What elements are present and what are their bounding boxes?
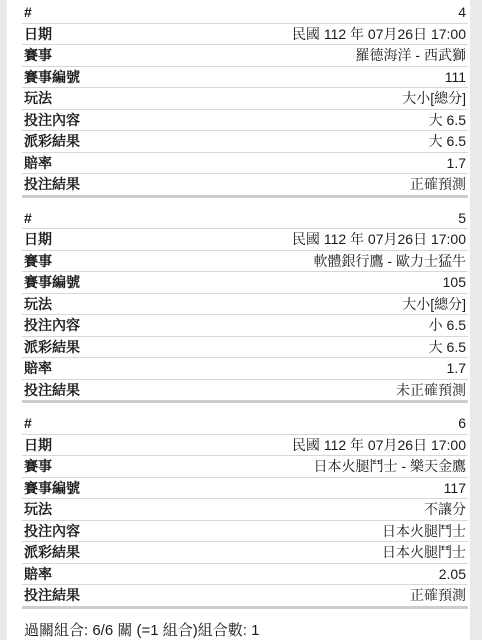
field-value-match-id: 117 [444,478,466,499]
field-value-match-id: 105 [443,272,466,293]
field-value-odds: 2.05 [439,564,466,585]
field-label-bet-result: 投注結果 [24,585,80,606]
row-odds: 賠率 1.7 [22,358,468,380]
field-value-number: 4 [458,2,466,23]
field-value-bet-result: 正確預測 [410,174,466,195]
field-label-play-type: 玩法 [24,294,52,315]
field-label-number: # [24,208,32,229]
row-match: 賽事 日本火腿鬥士 - 樂天金鷹 [22,456,468,478]
field-value-bet-content: 大 6.5 [429,110,466,131]
bet-record-4: # 4 日期 民國 112 年 07月26日 17:00 賽事 羅德海洋 - 西… [22,2,468,198]
field-value-number: 5 [458,208,466,229]
field-label-match-id: 賽事編號 [24,478,80,499]
row-number: # 5 [22,208,468,230]
field-label-match: 賽事 [24,251,52,272]
field-label-payout-result: 派彩結果 [24,542,80,563]
field-value-date: 民國 112 年 07月26日 17:00 [292,229,466,250]
row-play-type: 玩法 大小[總分] [22,88,468,110]
row-bet-result: 投注結果 未正確預測 [22,380,468,404]
parlay-summary: 過關組合: 6/6 關 (=1 組合)組合數: 1 [24,619,470,640]
field-value-bet-result: 正確預測 [410,585,466,606]
row-bet-result: 投注結果 正確預測 [22,585,468,609]
row-payout-result: 派彩結果 大 6.5 [22,131,468,153]
field-value-date: 民國 112 年 07月26日 17:00 [292,435,466,456]
row-date: 日期 民國 112 年 07月26日 17:00 [22,435,468,457]
field-value-match-id: 111 [445,67,466,88]
field-label-date: 日期 [24,24,52,45]
row-odds: 賠率 1.7 [22,153,468,175]
field-value-odds: 1.7 [447,358,466,379]
field-label-bet-result: 投注結果 [24,380,80,401]
field-label-payout-result: 派彩結果 [24,337,80,358]
row-number: # 4 [22,2,468,24]
row-match-id: 賽事編號 117 [22,478,468,500]
row-play-type: 玩法 不讓分 [22,499,468,521]
row-match: 賽事 羅德海洋 - 西武獅 [22,45,468,67]
row-bet-result: 投注結果 正確預測 [22,174,468,198]
field-value-match: 軟體銀行鷹 - 歐力士猛牛 [314,251,466,272]
field-value-payout-result: 大 6.5 [429,337,466,358]
field-label-match: 賽事 [24,456,52,477]
row-payout-result: 派彩結果 大 6.5 [22,337,468,359]
field-value-date: 民國 112 年 07月26日 17:00 [292,24,466,45]
field-value-match: 日本火腿鬥士 - 樂天金鷹 [314,456,466,477]
row-date: 日期 民國 112 年 07月26日 17:00 [22,24,468,46]
row-match-id: 賽事編號 111 [22,67,468,89]
field-label-bet-content: 投注內容 [24,110,80,131]
row-match-id: 賽事編號 105 [22,272,468,294]
row-bet-content: 投注內容 小 6.5 [22,315,468,337]
field-label-number: # [24,2,32,23]
bet-record-5: # 5 日期 民國 112 年 07月26日 17:00 賽事 軟體銀行鷹 - … [22,208,468,404]
field-value-match: 羅德海洋 - 西武獅 [356,45,466,66]
field-label-play-type: 玩法 [24,499,52,520]
field-label-match-id: 賽事編號 [24,272,80,293]
field-value-payout-result: 大 6.5 [429,131,466,152]
field-value-play-type: 大小[總分] [402,88,466,109]
row-bet-content: 投注內容 大 6.5 [22,110,468,132]
row-payout-result: 派彩結果 日本火腿鬥士 [22,542,468,564]
field-label-bet-content: 投注內容 [24,315,80,336]
row-date: 日期 民國 112 年 07月26日 17:00 [22,229,468,251]
field-label-date: 日期 [24,229,52,250]
field-label-number: # [24,413,32,434]
row-number: # 6 [22,413,468,435]
field-value-bet-content: 小 6.5 [429,315,466,336]
field-label-bet-content: 投注內容 [24,521,80,542]
bet-record-6: # 6 日期 民國 112 年 07月26日 17:00 賽事 日本火腿鬥士 -… [22,413,468,609]
field-value-play-type: 大小[總分] [402,294,466,315]
field-label-odds: 賠率 [24,358,52,379]
field-value-bet-content: 日本火腿鬥士 [382,521,466,542]
field-label-match-id: 賽事編號 [24,67,80,88]
row-bet-content: 投注內容 日本火腿鬥士 [22,521,468,543]
field-value-payout-result: 日本火腿鬥士 [382,542,466,563]
field-label-odds: 賠率 [24,564,52,585]
field-label-payout-result: 派彩結果 [24,131,80,152]
bet-slip-detail: # 4 日期 民國 112 年 07月26日 17:00 賽事 羅德海洋 - 西… [7,0,470,640]
field-label-odds: 賠率 [24,153,52,174]
row-play-type: 玩法 大小[總分] [22,294,468,316]
field-label-play-type: 玩法 [24,88,52,109]
row-odds: 賠率 2.05 [22,564,468,586]
field-value-bet-result: 未正確預測 [396,380,466,401]
field-value-odds: 1.7 [447,153,466,174]
field-label-bet-result: 投注結果 [24,174,80,195]
row-match: 賽事 軟體銀行鷹 - 歐力士猛牛 [22,251,468,273]
field-label-date: 日期 [24,435,52,456]
field-value-number: 6 [458,413,466,434]
field-value-play-type: 不讓分 [424,499,466,520]
field-label-match: 賽事 [24,45,52,66]
